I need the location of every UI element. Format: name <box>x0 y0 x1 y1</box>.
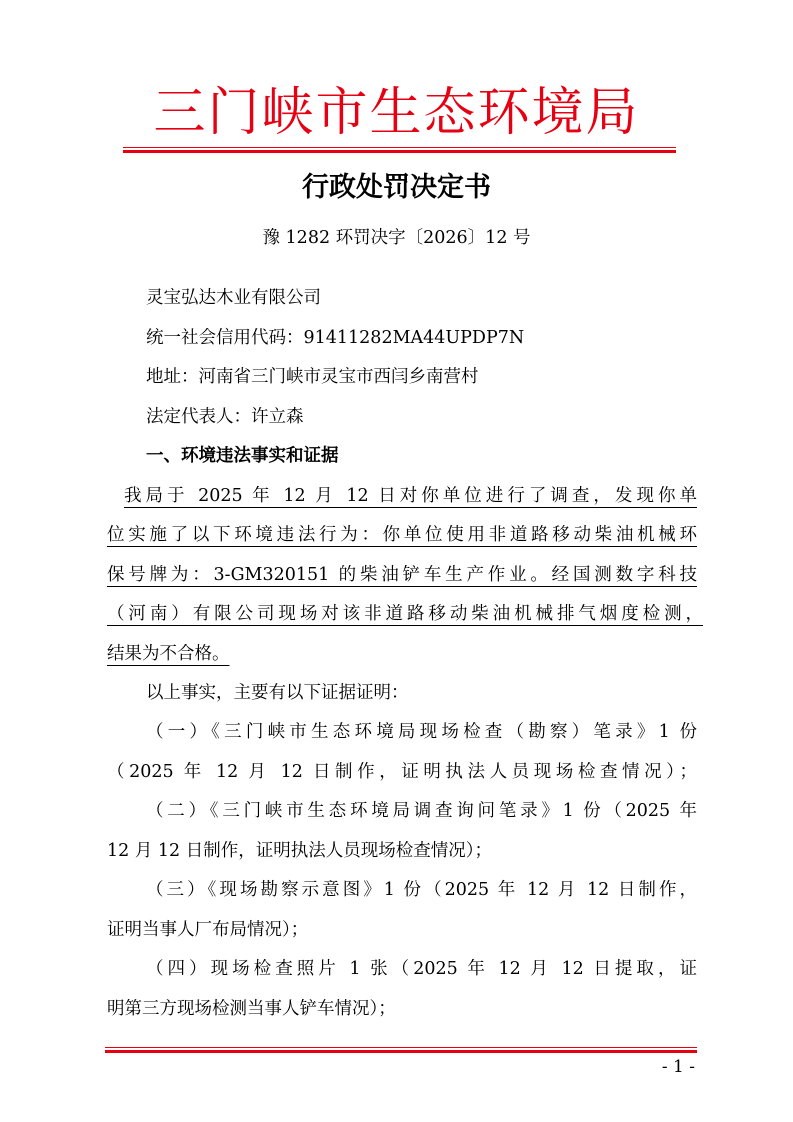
facts-line: 我局于 2025 年 12 月 12 日对你单位进行了调查，发现你单 <box>124 483 697 509</box>
evidence-line: 12 月 12 日制作，证明执法人员现场检查情况）； <box>107 838 697 864</box>
evidence-line: （2025 年 12 月 12 日制作，证明执法人员现场检查情况）； <box>107 759 697 785</box>
facts-line: 位实施了以下环境违法行为：你单位使用非道路移动柴油机械环 <box>107 522 697 548</box>
company-name: 灵宝弘达木业有限公司 <box>146 285 697 311</box>
facts-line: 保号牌为：3-GM320151 的柴油铲车生产作业。经国测数字科技 <box>107 562 697 588</box>
evidence-line: 证明当事人厂布局情况）； <box>107 917 697 943</box>
credit-code: 统一社会信用代码：91411282MA44UPDP7N <box>146 325 697 351</box>
legal-representative: 法定代表人：许立森 <box>146 404 697 430</box>
address: 地址：河南省三门峡市灵宝市西闫乡南营村 <box>146 364 697 390</box>
facts-line: 结果为不合格。 <box>107 641 697 667</box>
footer-rule-thin <box>105 1047 697 1048</box>
evidence-intro: 以上事实，主要有以下证据证明： <box>146 680 697 706</box>
section-heading: 一、环境违法事实和证据 <box>146 443 697 469</box>
agency-masthead: 三门峡市生态环境局 <box>0 82 793 144</box>
document-title: 行政处罚决定书 <box>0 170 793 206</box>
facts-line: （河南）有限公司现场对该非道路移动柴油机械排气烟度检测， <box>107 601 703 627</box>
page-number: - 1 - <box>662 1055 695 1079</box>
evidence-line: （三）《现场勘察示意图》1 份（2025 年 12 月 12 日制作， <box>146 877 697 903</box>
document-number: 豫 1282 环罚决字〔2026〕12 号 <box>0 225 793 251</box>
evidence-line: （二）《三门峡市生态环境局调查询问笔录》1 份（2025 年 <box>146 798 697 824</box>
header-rule-thin <box>123 147 676 148</box>
evidence-line: （一）《三门峡市生态环境局现场检查（勘察）笔录》1 份 <box>146 719 697 745</box>
evidence-line: （四）现场检查照片 1 张（2025 年 12 月 12 日提取，证 <box>146 956 697 982</box>
footer-rule-thick <box>105 1050 697 1053</box>
header-rule-thick <box>123 150 676 153</box>
evidence-line: 明第三方现场检测当事人铲车情况）； <box>107 996 697 1022</box>
